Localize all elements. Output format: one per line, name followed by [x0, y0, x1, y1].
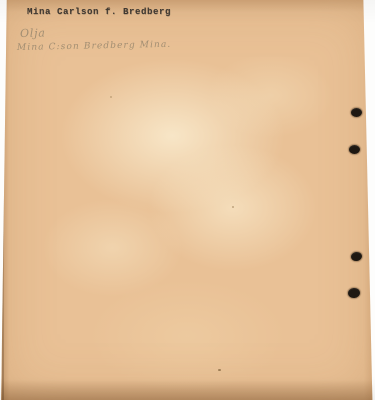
handwritten-note-line2: Mina C:son Bredberg Mina.: [17, 40, 172, 53]
scanned-page-viewport: Mina Carlson f. Bredberg Olja Mina C:son…: [0, 0, 375, 400]
typed-title: Mina Carlson f. Bredberg: [27, 7, 171, 17]
hole-punch-mark: [348, 287, 361, 298]
paper-left-edge-crease: [2, 0, 4, 400]
paper-speck: [232, 206, 234, 208]
paper-speck: [110, 96, 112, 98]
handwritten-note-line1: Olja: [20, 26, 46, 40]
hole-punch-mark: [351, 108, 362, 117]
hole-punch-mark: [350, 251, 362, 261]
paper-speck: [218, 369, 221, 371]
album-page: Mina Carlson f. Bredberg Olja Mina C:son…: [0, 0, 375, 400]
hole-punch-mark: [349, 145, 360, 154]
